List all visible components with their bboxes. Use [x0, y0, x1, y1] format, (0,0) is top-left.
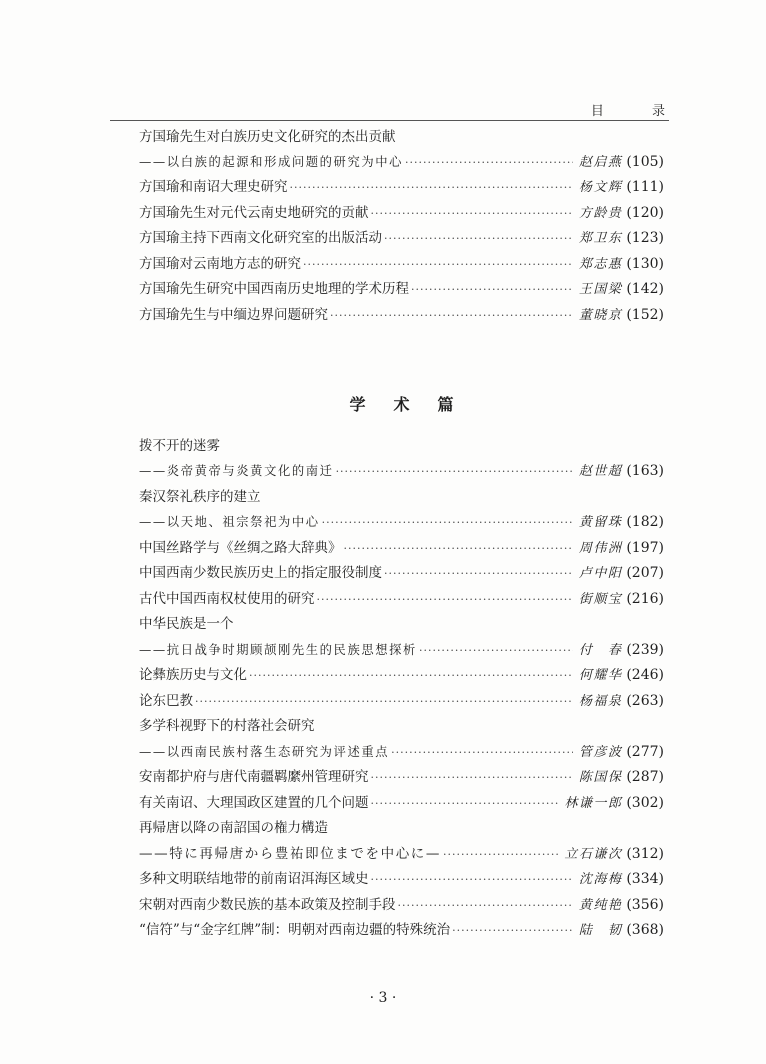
entry-page: (216): [626, 589, 664, 609]
entry-author: 郑卫东: [579, 229, 623, 249]
entry-subtitle: ——特に再帰唐から豊祐即位までを中心に—: [139, 844, 441, 864]
entry-author: 林谦一郎: [564, 794, 622, 814]
entry-title: 方国瑜主持下西南文化研究室的出版活动: [139, 228, 382, 248]
toc-entry[interactable]: 方国瑜先生与中缅边界问题研究董晓京(152): [139, 305, 664, 325]
entry-author: 沈海梅: [579, 870, 623, 890]
toc-entry[interactable]: 方国瑜先生研究中国西南历史地理的学术历程王国梁(142): [139, 279, 664, 299]
dot-leader: [371, 204, 573, 224]
entry-title: 多种文明联结地带的前南诏洱海区域史: [139, 869, 369, 889]
toc-entry[interactable]: ——以白族的起源和形成问题的研究为中心赵启燕(105): [139, 152, 664, 172]
dot-leader: [195, 692, 573, 712]
toc-entry[interactable]: 论彝族历史与文化何耀华(246): [139, 665, 664, 685]
toc-entry[interactable]: 方国瑜主持下西南文化研究室的出版活动郑卫东(123): [139, 228, 664, 248]
toc-entry[interactable]: 方国瑜先生对元代云南史地研究的贡献方龄贵(120): [139, 203, 664, 223]
entry-page: (287): [626, 767, 664, 787]
entry-title: 方国瑜先生与中缅边界问题研究: [139, 305, 328, 325]
toc-entry-title: 秦汉祭礼秩序的建立: [139, 487, 664, 507]
entry-page: (239): [626, 640, 664, 660]
entry-title: 论东巴教: [139, 691, 193, 711]
entry-page: (163): [626, 461, 664, 481]
entry-page: (334): [626, 869, 664, 889]
entry-page: (207): [626, 563, 664, 583]
entry-title: 中华民族是一个: [139, 614, 234, 634]
entry-author: 杨福泉: [579, 692, 623, 712]
entry-title: 方国瑜对云南地方志的研究: [139, 254, 301, 274]
entry-author: 街顺宝: [579, 590, 623, 610]
dot-leader: [344, 539, 573, 559]
toc-entry[interactable]: ——特に再帰唐から豊祐即位までを中心に—立石谦次(312): [139, 844, 664, 864]
entry-title: 再帰唐以降の南詔国の権力構造: [139, 818, 328, 838]
entry-author: 黄留珠: [579, 513, 623, 533]
entry-page: (368): [626, 920, 664, 940]
entry-author: 郑志惠: [579, 255, 623, 275]
entry-title: 宋朝对西南少数民族的基本政策及控制手段: [139, 895, 396, 915]
toc-entry[interactable]: ——炎帝黄帝与炎黄文化的南迁赵世超(163): [139, 461, 664, 481]
entry-author: 卢中阳: [579, 564, 623, 584]
entry-subtitle: ——以西南民族村落生态研究为评述重点: [139, 742, 389, 762]
dot-leader: [384, 229, 573, 249]
entry-subtitle: ——抗日战争时期顾颉刚先生的民族思想探析: [139, 640, 417, 660]
entry-page: (277): [626, 742, 664, 762]
entry-title: 中国丝路学与《丝绸之路大辞典》: [139, 538, 342, 558]
header-title: 目 录: [591, 100, 687, 119]
entry-page: (105): [626, 152, 664, 172]
entry-title: 古代中国西南权杖使用的研究: [139, 589, 315, 609]
entry-title: 方国瑜先生对元代云南史地研究的贡献: [139, 203, 369, 223]
entry-page: (302): [626, 793, 664, 813]
toc-entry[interactable]: “信符”与“金字红牌”制：明朝对西南边疆的特殊统治陆 韧(368): [139, 920, 664, 940]
toc-entry[interactable]: ——以西南民族村落生态研究为评述重点管彦波(277): [139, 742, 664, 762]
entry-page: (182): [626, 512, 664, 532]
dot-leader: [371, 870, 573, 890]
toc-entry[interactable]: 论东巴教杨福泉(263): [139, 691, 664, 711]
toc-entry[interactable]: 中国西南少数民族历史上的指定服役制度卢中阳(207): [139, 563, 664, 583]
entry-author: 立石谦次: [564, 845, 622, 865]
toc-entry-title: 方国瑜先生对白族历史文化研究的杰出贡献: [139, 127, 664, 147]
dot-leader: [405, 153, 573, 173]
entry-page: (197): [626, 538, 664, 558]
toc-entry[interactable]: ——以天地、祖宗祭祀为中心黄留珠(182): [139, 512, 664, 532]
entry-title: 中国西南少数民族历史上的指定服役制度: [139, 563, 382, 583]
entry-author: 王国梁: [579, 280, 623, 300]
entry-subtitle: ——以白族的起源和形成问题的研究为中心: [139, 152, 403, 172]
dot-leader: [452, 921, 573, 941]
entry-subtitle: ——炎帝黄帝与炎黄文化的南迁: [139, 461, 334, 481]
entry-title: 秦汉祭礼秩序的建立: [139, 487, 261, 507]
entry-author: 付 春: [579, 641, 623, 661]
toc-entry[interactable]: 多种文明联结地带的前南诏洱海区域史沈海梅(334): [139, 869, 664, 889]
page-number: · 3 ·: [0, 990, 766, 1006]
toc-entry[interactable]: ——抗日战争时期顾颉刚先生的民族思想探析付 春(239): [139, 640, 664, 660]
toc-entry[interactable]: 古代中国西南权杖使用的研究街顺宝(216): [139, 589, 664, 609]
section-heading: 学术篇: [139, 392, 664, 415]
toc-entry[interactable]: 方国瑜和南诏大理史研究杨文辉(111): [139, 177, 664, 197]
entry-page: (123): [626, 228, 664, 248]
entry-title: 拨不开的迷雾: [139, 436, 220, 456]
entry-title: 方国瑜先生对白族历史文化研究的杰出贡献: [139, 127, 396, 147]
entry-page: (152): [626, 305, 664, 325]
toc-entry[interactable]: 有关南诏、大理国政区建置的几个问题林谦一郎(302): [139, 793, 664, 813]
toc-entry-title: 多学科视野下的村落社会研究: [139, 716, 664, 736]
dot-leader: [411, 280, 573, 300]
entry-title: 方国瑜先生研究中国西南历史地理的学术历程: [139, 279, 409, 299]
toc-entry[interactable]: 方国瑜对云南地方志的研究郑志惠(130): [139, 254, 664, 274]
toc-entry[interactable]: 宋朝对西南少数民族的基本政策及控制手段黄纯艳(356): [139, 895, 664, 915]
entry-page: (130): [626, 254, 664, 274]
entry-title: 多学科视野下的村落社会研究: [139, 716, 315, 736]
entry-page: (111): [626, 177, 664, 197]
entry-author: 陆 韧: [579, 921, 623, 941]
dot-leader: [371, 768, 573, 788]
dot-leader: [249, 666, 573, 686]
dot-leader: [290, 178, 573, 198]
toc-entry-title: 中华民族是一个: [139, 614, 664, 634]
entry-author: 陈国保: [579, 768, 623, 788]
dot-leader: [303, 255, 573, 275]
entry-author: 赵启燕: [579, 153, 623, 173]
entry-page: (356): [626, 895, 664, 915]
entry-author: 董晓京: [579, 306, 623, 326]
entry-page: (263): [626, 691, 664, 711]
entry-page: (312): [626, 844, 664, 864]
running-header: 目 录: [110, 96, 669, 121]
entry-page: (120): [626, 203, 664, 223]
entry-title: 方国瑜和南诏大理史研究: [139, 177, 288, 197]
entry-author: 黄纯艳: [579, 896, 623, 916]
toc-entry-title: 拨不开的迷雾: [139, 436, 664, 456]
dot-leader: [336, 462, 573, 482]
entry-title: 论彝族历史与文化: [139, 665, 247, 685]
entry-page: (142): [626, 279, 664, 299]
dot-leader: [330, 306, 573, 326]
dot-leader: [391, 743, 573, 763]
entry-title: “信符”与“金字红牌”制：明朝对西南边疆的特殊统治: [139, 920, 450, 940]
entry-author: 方龄贵: [579, 204, 623, 224]
dot-leader: [384, 564, 573, 584]
dot-leader: [317, 590, 573, 610]
entry-title: 有关南诏、大理国政区建置的几个问题: [139, 793, 369, 813]
dot-leader: [443, 845, 558, 865]
entry-author: 管彦波: [579, 743, 623, 763]
toc-entry[interactable]: 安南都护府与唐代南疆羁縻州管理研究陈国保(287): [139, 767, 664, 787]
dot-leader: [398, 896, 573, 916]
dot-leader: [419, 641, 573, 661]
toc-entry-title: 再帰唐以降の南詔国の権力構造: [139, 818, 664, 838]
entry-author: 赵世超: [579, 462, 623, 482]
entry-author: 何耀华: [579, 666, 623, 686]
entry-title: 安南都护府与唐代南疆羁縻州管理研究: [139, 767, 369, 787]
entry-author: 杨文辉: [579, 178, 623, 198]
toc-entry[interactable]: 中国丝路学与《丝绸之路大辞典》周伟洲(197): [139, 538, 664, 558]
dot-leader: [322, 513, 573, 533]
entry-subtitle: ——以天地、祖宗祭祀为中心: [139, 512, 320, 532]
entry-page: (246): [626, 665, 664, 685]
entry-author: 周伟洲: [579, 539, 623, 559]
dot-leader: [371, 794, 559, 814]
